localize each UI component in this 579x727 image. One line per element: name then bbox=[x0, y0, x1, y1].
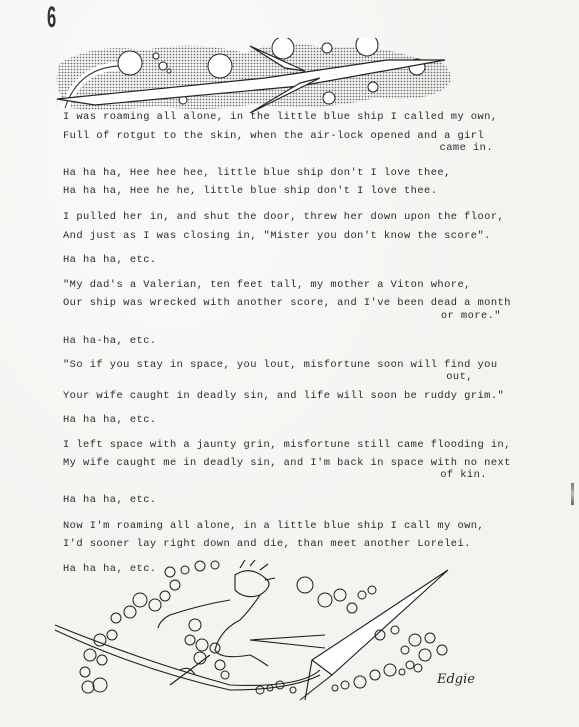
lyric-line: I'd sooner lay right down and die, than … bbox=[63, 538, 471, 550]
chorus-line: Ha ha ha, Hee he he, little blue ship do… bbox=[63, 185, 437, 197]
refrain-line: Ha ha ha, etc. bbox=[63, 254, 157, 266]
lyric-line: Now I'm roaming all alone, in a little b… bbox=[63, 520, 484, 532]
artist-signature: Edgie bbox=[437, 672, 475, 687]
chorus-line: Ha ha ha, Hee hee hee, little blue ship … bbox=[63, 167, 451, 179]
rocket-ship-bubbles-illustration bbox=[55, 38, 510, 113]
lyric-line: "My dad's a Valerian, ten feet tall, my … bbox=[63, 279, 471, 291]
lyric-line-wrap: out, bbox=[63, 371, 473, 383]
lyric-line-wrap: of kin. bbox=[63, 469, 487, 481]
refrain-line: Ha ha-ha, etc. bbox=[63, 335, 157, 347]
lyric-line-wrap: or more." bbox=[63, 310, 501, 322]
lyric-line-wrap: came in. bbox=[63, 142, 493, 154]
lyric-line: My wife caught me in deadly sin, and I'm… bbox=[63, 457, 511, 469]
lyric-line: "So if you stay in space, you lout, misf… bbox=[63, 359, 498, 371]
lyric-line: Full of rotgut to the skin, when the air… bbox=[63, 130, 484, 142]
scan-edge-mark bbox=[571, 483, 574, 505]
lyric-line: Our ship was wrecked with another score,… bbox=[63, 297, 511, 309]
page-number: 6 bbox=[47, 3, 56, 33]
refrain-line: Ha ha ha, etc. bbox=[63, 414, 157, 426]
lyric-line: I was roaming all alone, in the little b… bbox=[63, 111, 498, 123]
mimeographed-page: 6 bbox=[0, 0, 579, 727]
lyric-line: And just as I was closing in, "Mister yo… bbox=[63, 230, 491, 242]
refrain-line: Ha ha ha, etc. bbox=[63, 494, 157, 506]
lyric-line: I left space with a jaunty grin, misfort… bbox=[63, 439, 511, 451]
lyric-line: I pulled her in, and shut the door, thre… bbox=[63, 211, 504, 223]
lyric-line: Your wife caught in deadly sin, and life… bbox=[63, 390, 504, 402]
woman-on-rocket-illustration bbox=[50, 560, 510, 710]
